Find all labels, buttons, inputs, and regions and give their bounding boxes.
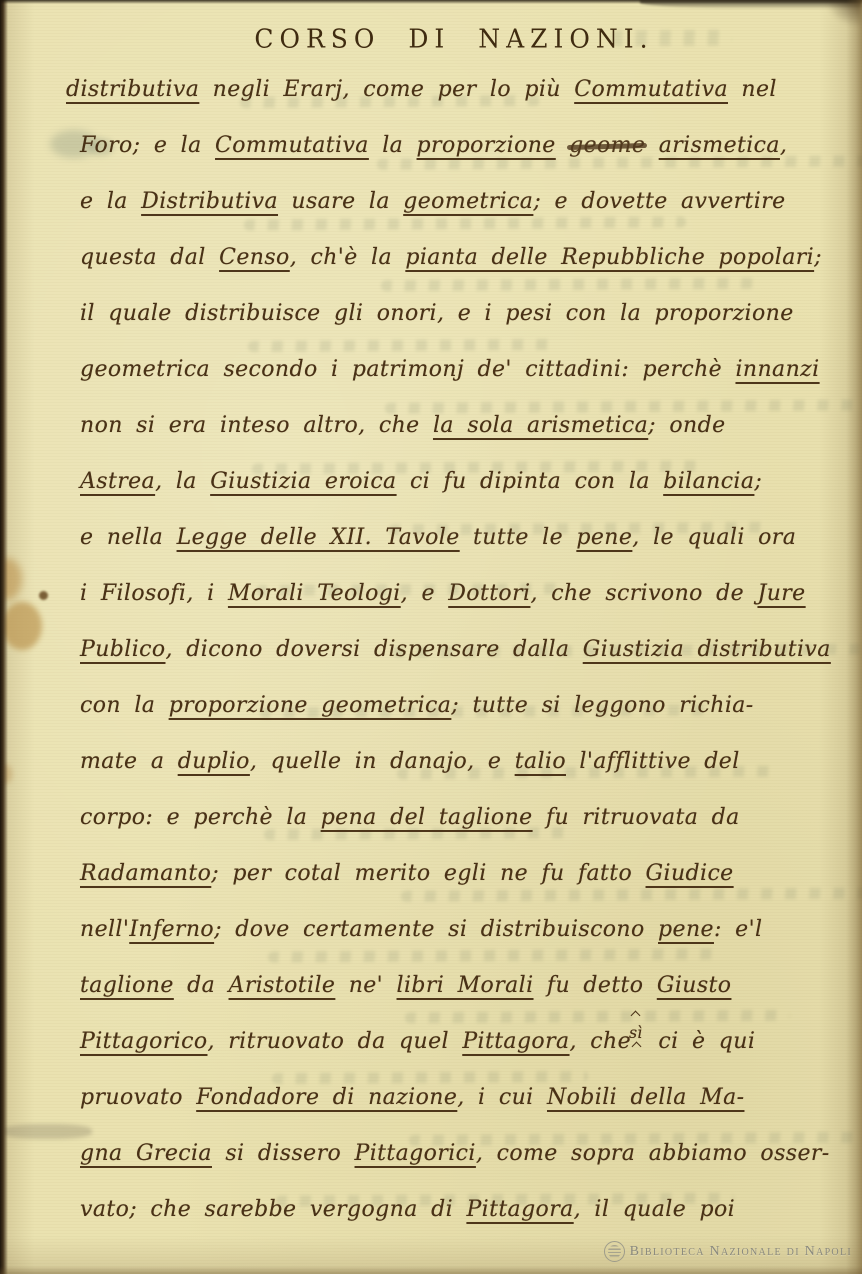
text-segment: fu detto — [534, 973, 657, 998]
manuscript-line: Radamanto; per cotal merito egli ne fu f… — [80, 846, 848, 902]
manuscript-line: e la Distributiva usare la geometrica; e… — [80, 174, 848, 230]
text-segment: negli Erarj, come per lo più — [199, 77, 574, 102]
underlined-text: Censo — [219, 245, 290, 270]
underlined-text: Fondadore di nazione — [196, 1085, 457, 1110]
underlined-text: Pittagora — [466, 1197, 573, 1222]
manuscript-line: mate a duplio, quelle in danajo, e talio… — [80, 734, 848, 790]
text-segment: Foro; e la — [80, 133, 215, 158]
underlined-text: Pittagorico — [80, 1029, 207, 1054]
text-segment: , i cui — [457, 1085, 547, 1110]
text-segment: usare la — [278, 189, 403, 214]
manuscript-text: distributiva negli Erarj, come per lo pi… — [0, 62, 862, 1238]
text-segment: , dicono doversi dispensare dalla — [166, 637, 583, 662]
library-watermark-label: Biblioteca Nazionale di Napoli — [630, 1244, 852, 1260]
text-segment: ; — [814, 245, 822, 270]
library-seal-icon — [604, 1241, 625, 1262]
text-segment: ; per cotal merito egli ne fu fatto — [211, 861, 645, 886]
underlined-text: Commutativa — [574, 77, 728, 102]
text-segment: nell' — [80, 917, 129, 942]
text-segment: , quelle in danajo, e — [250, 749, 515, 774]
struck-text: geome — [569, 118, 645, 174]
manuscript-line: Publico, dicono doversi dispensare dalla… — [80, 622, 848, 678]
underlined-text: Jure — [757, 581, 805, 606]
text-segment: ci fu dipinta con la — [397, 469, 664, 494]
text-segment: vato; che sarebbe vergogna di — [80, 1197, 466, 1222]
manuscript-line: Foro; e la Commutativa la proporzione ge… — [80, 118, 848, 174]
underlined-text: Commutativa — [215, 133, 369, 158]
library-watermark: Biblioteca Nazionale di Napoli — [604, 1241, 852, 1262]
underlined-text: pene — [658, 917, 714, 942]
manuscript-line: nell'Inferno; dove certamente si distrib… — [80, 902, 848, 958]
underlined-text: bilancia — [663, 469, 754, 494]
text-segment: corpo: e perchè la — [80, 805, 321, 830]
underlined-text: Aristotile — [229, 973, 336, 998]
text-segment — [645, 133, 658, 158]
manuscript-line: il quale distribuisce gli onori, e i pes… — [80, 286, 848, 342]
underlined-text: Pittagorici — [355, 1141, 476, 1166]
text-segment: si dissero — [212, 1141, 355, 1166]
manuscript-line: taglione da Aristotile ne' libri Morali … — [80, 958, 848, 1014]
text-segment: , che — [570, 1029, 632, 1054]
text-segment: la — [369, 133, 417, 158]
page-title: CORSO DI NAZIONI. — [0, 23, 862, 53]
underlined-text: la sola arismetica — [433, 413, 648, 438]
underlined-text: Morali Teologi — [228, 581, 401, 606]
manuscript-line: geometrica secondo i patrimonj de' citta… — [80, 342, 848, 398]
underlined-text: Giudice — [646, 861, 734, 886]
inserted-word-text: sì — [629, 1005, 642, 1061]
text-segment: ; dove certamente si distribuiscono — [214, 917, 658, 942]
text-segment: , come sopra abbiamo osser- — [476, 1141, 830, 1166]
text-segment: i Filosofi, i — [80, 581, 228, 606]
underlined-text: talio — [515, 749, 566, 774]
underlined-text: Giustizia distributiva — [583, 637, 831, 662]
underlined-text: arismetica — [659, 133, 780, 158]
underlined-text: geometrica — [403, 189, 533, 214]
text-segment: nel — [728, 77, 777, 102]
inserted-word: sì — [631, 1026, 645, 1048]
underlined-text: proporzione — [417, 133, 556, 158]
text-segment: , ch'è la — [290, 245, 406, 270]
text-segment: ne' — [335, 973, 396, 998]
text-segment: tutte le — [460, 525, 577, 550]
underlined-text: Nobili della Ma- — [547, 1085, 744, 1110]
page-edge-top — [0, 0, 862, 4]
text-segment: ; tutte si leggono richia- — [451, 693, 753, 718]
underlined-text: Distributiva — [141, 189, 278, 214]
text-segment: ; onde — [648, 413, 725, 438]
page-corner-top-right — [828, 0, 862, 26]
text-segment: , la — [155, 469, 210, 494]
underlined-text: Inferno — [129, 917, 214, 942]
manuscript-line: Pittagorico, ritruovato da quel Pittagor… — [80, 1014, 848, 1070]
underlined-text: pena del taglione — [321, 805, 533, 830]
underlined-text: libri Morali — [397, 973, 534, 998]
text-segment: , il quale poi — [574, 1197, 735, 1222]
text-segment: fu ritruovata da — [533, 805, 740, 830]
text-segment: pruovato — [80, 1085, 196, 1110]
underlined-text: distributiva — [66, 77, 199, 102]
text-segment: mate a — [80, 749, 178, 774]
underlined-text: Dottori — [448, 581, 530, 606]
manuscript-line: i Filosofi, i Morali Teologi, e Dottori,… — [80, 566, 848, 622]
text-segment: questa dal — [80, 245, 219, 270]
manuscript-line: non si era inteso altro, che la sola ari… — [80, 398, 848, 454]
manuscript-line: gna Grecia si dissero Pittagorici, come … — [80, 1126, 848, 1182]
underlined-text: innanzi — [735, 357, 819, 382]
text-segment: non si era inteso altro, che — [80, 413, 433, 438]
text-segment: l'afflittive del — [566, 749, 740, 774]
page-edge-bottom — [0, 1266, 862, 1274]
manuscript-line: vato; che sarebbe vergogna di Pittagora,… — [80, 1182, 848, 1238]
text-segment: da — [174, 973, 229, 998]
text-segment: e la — [80, 189, 141, 214]
manuscript-line: corpo: e perchè la pena del taglione fu … — [80, 790, 848, 846]
manuscript-line: e nella Legge delle XII. Tavole tutte le… — [80, 510, 848, 566]
text-segment: , — [780, 133, 787, 158]
underlined-text: gna Grecia — [80, 1141, 212, 1166]
manuscript-line: con la proporzione geometrica; tutte si … — [80, 678, 848, 734]
underlined-text: Pittagora — [462, 1029, 569, 1054]
underlined-text: proporzione geometrica — [169, 693, 452, 718]
underlined-text: Publico — [80, 637, 166, 662]
underlined-text: Giusto — [657, 973, 732, 998]
text-segment: con la — [80, 693, 169, 718]
underlined-text: Giustizia eroica — [210, 469, 396, 494]
text-segment: ; e dovette avvertire — [533, 189, 785, 214]
text-segment: geometrica secondo i patrimonj de' citta… — [80, 357, 735, 382]
page-edge-top-right-shadow — [640, 0, 862, 9]
text-segment: , che scrivono de — [530, 581, 757, 606]
text-segment: : e'l — [714, 917, 763, 942]
manuscript-line: questa dal Censo, ch'è la pianta delle R… — [80, 230, 848, 286]
text-segment: ; — [754, 469, 762, 494]
underlined-text: Legge delle XII. Tavole — [177, 525, 460, 550]
text-segment: ci è qui — [645, 1029, 755, 1054]
manuscript-line: pruovato Fondadore di nazione, i cui Nob… — [80, 1070, 848, 1126]
text-segment: e nella — [80, 525, 177, 550]
manuscript-line: distributiva negli Erarj, come per lo pi… — [66, 62, 848, 118]
underlined-text: pene — [576, 525, 632, 550]
underlined-text: Radamanto — [80, 861, 211, 886]
manuscript-line: Astrea, la Giustizia eroica ci fu dipint… — [80, 454, 848, 510]
underlined-text: Astrea — [80, 469, 155, 494]
text-segment: , e — [401, 581, 449, 606]
text-segment: , le quali ora — [632, 525, 796, 550]
manuscript-page: CORSO DI NAZIONI. distributiva negli Era… — [0, 0, 862, 1274]
underlined-text: duplio — [178, 749, 250, 774]
text-segment: , ritruovato da quel — [207, 1029, 462, 1054]
text-segment: il quale distribuisce gli onori, e i pes… — [80, 301, 794, 326]
underlined-text: pianta delle Repubbliche popolari — [405, 245, 814, 270]
underlined-text: taglione — [80, 973, 174, 998]
